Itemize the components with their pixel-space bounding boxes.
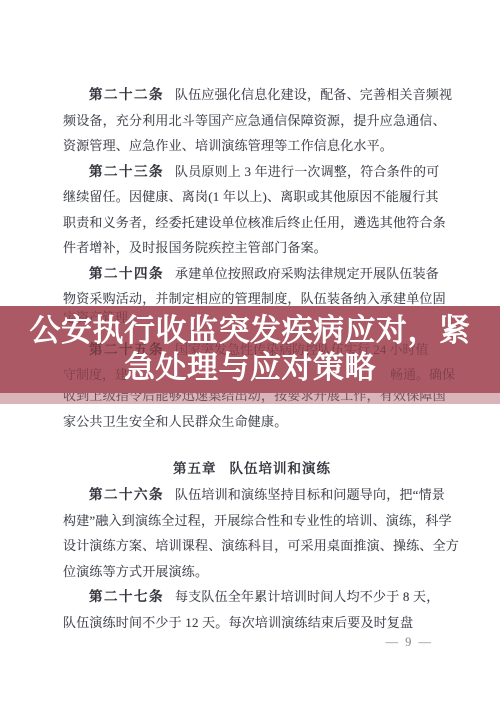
document-text-line: 第二十三条队员原则上 3 年进行一次调整，符合条件的可 — [63, 159, 443, 185]
chapter-heading: 第五章队伍培训和演练 — [63, 456, 441, 482]
document-text-line: 继续留任。因健康、离岗(1 年以上)、离职或其他原因不能履行其 — [63, 184, 443, 210]
document-text-line: 第二十七条每支队伍全年累计培训时间人均不少于 8 天， — [63, 584, 443, 610]
headline-overlay-banner: 定资产管理。 第二十五条国家突发急性传染病防控队伍实行 24 小时值 守制度，建… — [0, 306, 500, 393]
chapter-title: 队伍培训和演练 — [230, 461, 332, 476]
page-number: — 9 — — [63, 630, 433, 656]
article-number-label: 第二十七条 — [89, 589, 164, 604]
articles-top-block: 第二十二条队伍应强化信息化建设，配备、完善相关音频视 频设备，充分利用北斗等国产… — [63, 82, 443, 312]
articles-bottom-block: 第二十六条队伍培训和演练坚持目标和问题导向，把“情景 构建”融入到演练全过程，开… — [63, 482, 443, 635]
document-text-line: 职责和义务者，经委托建设单位核准后终止任用，遴选其他符合条 — [63, 210, 443, 236]
document-text-line: 位演练等方式开展演练。 — [63, 559, 443, 585]
article-text: 承建单位按照政府采购法律规定开展队伍装备 — [175, 266, 439, 281]
overlay-headline: 公安执行收监突发疾病应对，紧 急处理与应对策略 — [0, 312, 500, 386]
article-number-label: 第二十二条 — [89, 87, 164, 102]
document-text-line: 第二十六条队伍培训和演练坚持目标和问题导向，把“情景 — [63, 482, 443, 508]
document-text-line: 第二十四条承建单位按照政府采购法律规定开展队伍装备 — [63, 261, 443, 287]
document-text-line: 构建”融入到演练全过程，开展综合性和专业性的培训、演练，科学 — [63, 508, 443, 534]
article-text: 队伍应强化信息化建设，配备、完善相关音频视 — [175, 87, 452, 102]
banner-fade-edge — [0, 393, 500, 404]
article-number-label: 第二十三条 — [89, 164, 164, 179]
document-text-line: 第二十二条队伍应强化信息化建设，配备、完善相关音频视 — [63, 82, 443, 108]
overlay-headline-line1: 公安执行收监突发疾病应对，紧 — [0, 312, 500, 349]
document-text-line: 设计演练方案、培训课程、演练科目，可采用桌面推演、操练、全方 — [63, 533, 443, 559]
document-text-line: 频设备，充分利用北斗等国产应急通信保障资源，提升应急通信、 — [63, 108, 443, 134]
document-page: 第二十二条队伍应强化信息化建设，配备、完善相关音频视 频设备，充分利用北斗等国产… — [0, 0, 500, 706]
article-text: 队员原则上 3 年进行一次调整，符合条件的可 — [175, 164, 439, 179]
article-number-label: 第二十六条 — [89, 487, 164, 502]
chapter-number: 第五章 — [173, 461, 217, 476]
article-number-label: 第二十四条 — [89, 266, 164, 281]
document-text-line: 资源管理、应急作业、培训演练管理等工作信息化水平。 — [63, 133, 443, 159]
article-text: 每支队伍全年累计培训时间人均不少于 8 天， — [175, 589, 439, 604]
document-text-line: 家公共卫生安全和人民群众生命健康。 — [63, 409, 443, 435]
article-text: 队伍培训和演练坚持目标和问题导向，把“情景 — [175, 487, 445, 502]
overlay-headline-line2: 急处理与应对策略 — [0, 349, 500, 386]
document-text-line: 件者增补，及时报国务院疾控主管部门备案。 — [63, 235, 443, 261]
